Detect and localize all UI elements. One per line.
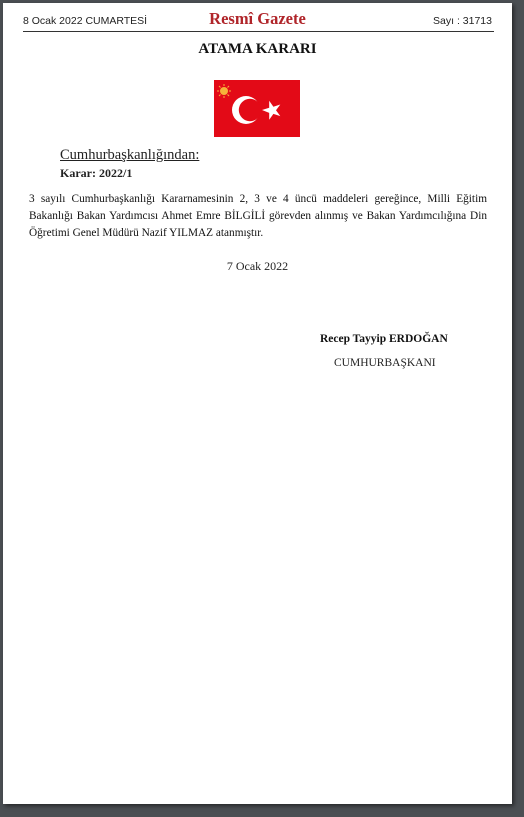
- turkish-presidential-flag-icon: [214, 80, 300, 137]
- issue-number: Sayı : 31713: [433, 15, 492, 27]
- document-title: ATAMA KARARI: [3, 41, 512, 58]
- issuer-heading: Cumhurbaşkanlığından:: [60, 147, 199, 164]
- header-divider: [23, 31, 494, 32]
- signatory-name: Recep Tayyip ERDOĞAN: [320, 333, 448, 345]
- decision-date: 7 Ocak 2022: [3, 259, 512, 274]
- decision-body: 3 sayılı Cumhurbaşkanlığı Kararnamesinin…: [29, 191, 487, 242]
- decision-number: Karar: 2022/1: [60, 166, 132, 181]
- signatory-title: CUMHURBAŞKANI: [334, 357, 436, 369]
- document-page: 8 Ocak 2022 CUMARTESİ Resmî Gazete Sayı …: [3, 3, 512, 804]
